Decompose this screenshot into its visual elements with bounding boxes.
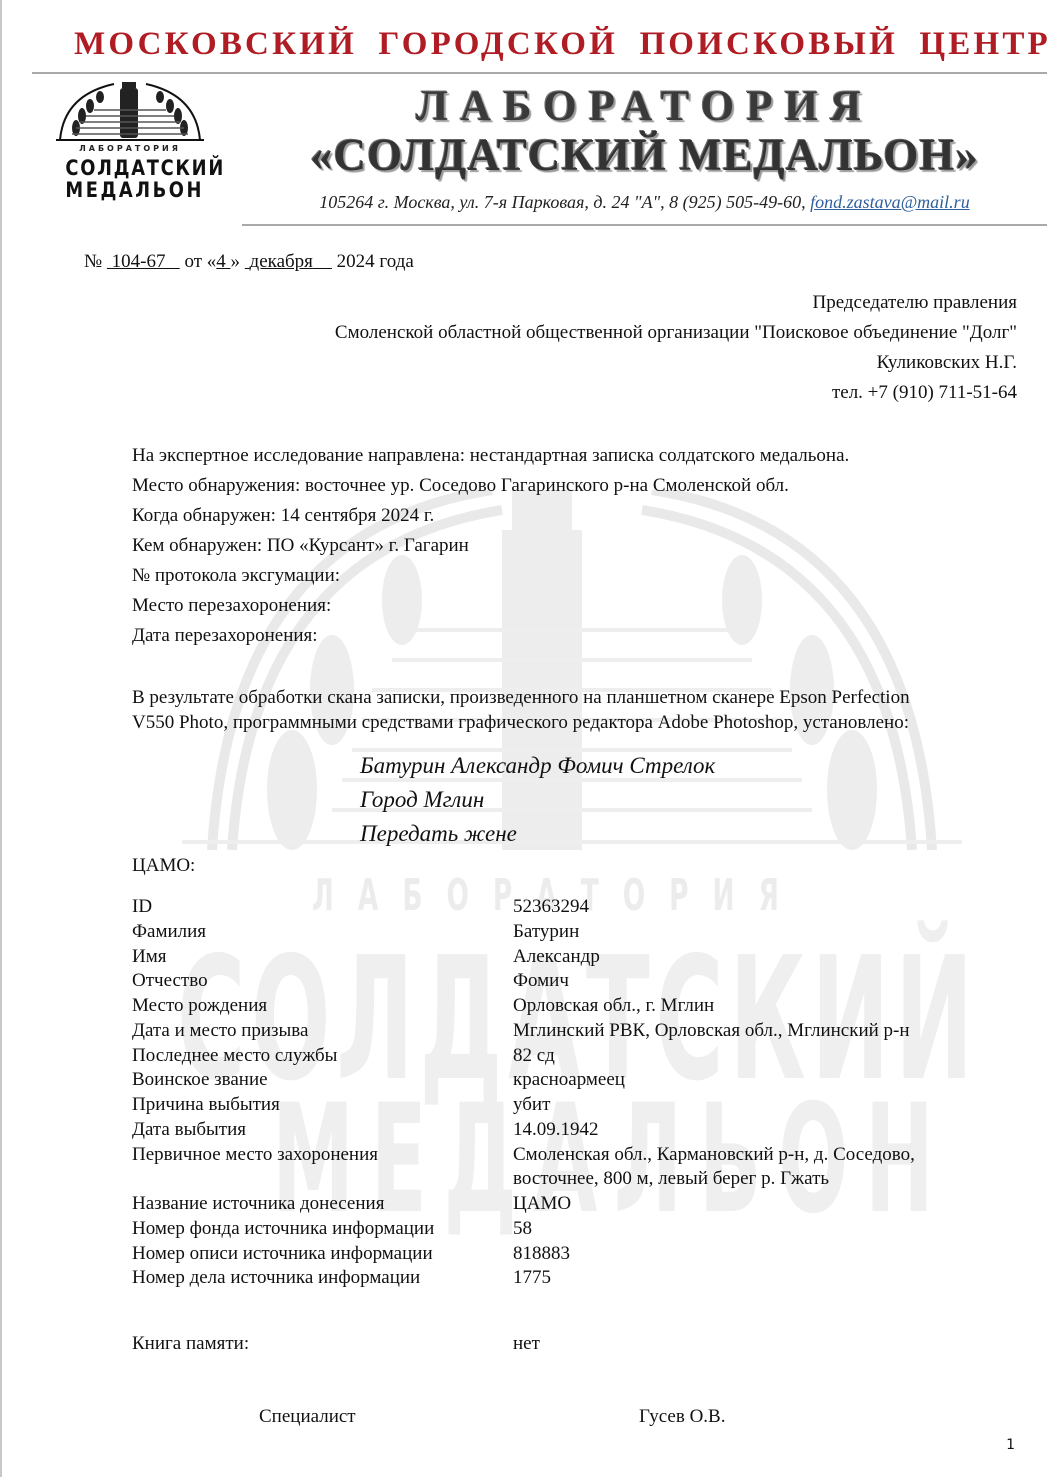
tsamo-value: Орловская обл., г. Мглин [513, 995, 714, 1017]
address-text: 105264 г. Москва, ул. 7-я Парковая, д. 2… [319, 192, 810, 212]
document-month: декабря [245, 251, 332, 272]
info-line: Когда обнаружен: 14 сентября 2024 г. [132, 505, 434, 527]
day-close: » [231, 251, 241, 272]
tsamo-label: Дата и место призыва [132, 1020, 308, 1042]
logo-caption-small: ЛАБОРАТОРИЯ [54, 144, 206, 153]
tsamo-value-continued: восточнее, 800 м, левый берег р. Гжать [513, 1168, 829, 1190]
tsamo-label: Фамилия [132, 921, 206, 943]
tsamo-label: Номер дела источника информации [132, 1267, 420, 1289]
tsamo-value: 58 [513, 1218, 532, 1240]
tsamo-value: 818883 [513, 1243, 570, 1265]
logo-caption-line2: МЕДАЛЬОН [65, 178, 194, 202]
tsamo-label: Место рождения [132, 995, 267, 1017]
number-prefix: № [84, 251, 102, 272]
document-number: 104-67 [107, 251, 180, 272]
tsamo-value: 52363294 [513, 896, 589, 918]
signature-role: Специалист [259, 1406, 356, 1428]
reference-line: № 104-67 от «4 » декабря 2024 года [84, 251, 414, 273]
recipient-organization: Смоленской областной общественной органи… [335, 322, 1017, 344]
tsamo-value: красноармеец [513, 1069, 625, 1091]
tsamo-value: Смоленская обл., Кармановский р-н, д. Со… [513, 1144, 915, 1166]
info-line: Кем обнаружен: ПО «Курсант» г. Гагарин [132, 535, 469, 557]
decoded-note-line: Батурин Александр Фомич Стрелок [360, 753, 715, 779]
document-day: 4 [216, 251, 230, 272]
tsamo-heading: ЦАМО: [132, 855, 195, 877]
result-line: V550 Photo, программными средствами граф… [132, 712, 909, 734]
recipient-name: Куликовских Н.Г. [877, 352, 1017, 374]
organization-title: МОСКОВСКИЙ ГОРОДСКОЙ ПОИСКОВЫЙ ЦЕНТР [74, 26, 1051, 63]
lab-name: «СОЛДАТСКИЙ МЕДАЛЬОН» [242, 129, 1047, 181]
tsamo-label: Название источника донесения [132, 1193, 384, 1215]
tsamo-label: Дата выбытия [132, 1119, 246, 1141]
tsamo-value: ЦАМО [513, 1193, 571, 1215]
tsamo-label: ID [132, 896, 152, 918]
info-line: Место перезахоронения: [132, 595, 331, 617]
tsamo-label: Номер фонда источника информации [132, 1218, 434, 1240]
decoded-note-line: Передать жене [360, 821, 517, 847]
header-divider-bottom [242, 224, 1047, 226]
logo-caption-line1: СОЛДАТСКИЙ [65, 156, 194, 180]
signature-name: Гусев О.В. [639, 1406, 725, 1428]
memory-book-label: Книга памяти: [132, 1333, 249, 1355]
from-label: от « [184, 251, 216, 272]
decoded-note-line: Город Мглин [360, 787, 484, 813]
tsamo-value: Фомич [513, 970, 569, 992]
tsamo-label: Последнее место службы [132, 1045, 337, 1067]
tsamo-value: убит [513, 1094, 550, 1116]
tsamo-label: Воинское звание [132, 1069, 268, 1091]
tsamo-label: Имя [132, 946, 166, 968]
page-number: 1 [1006, 1437, 1015, 1453]
header-divider-top [32, 72, 1047, 74]
tsamo-value: Мглинский РВК, Орловская обл., Мглинский… [513, 1020, 910, 1042]
email-link[interactable]: fond.zastava@mail.ru [810, 192, 970, 212]
tsamo-value: Александр [513, 946, 600, 968]
tsamo-value: 1775 [513, 1267, 551, 1289]
document-page: ЛАБОРАТОРИЯ СОЛДАТСКИЙ МЕДАЛЬОН МОСКОВСК… [0, 0, 1057, 1477]
info-line: Дата перезахоронения: [132, 625, 318, 647]
recipient-phone: тел. +7 (910) 711-51-64 [832, 382, 1017, 404]
tsamo-label: Первичное место захоронения [132, 1144, 378, 1166]
document-year: 2024 года [337, 251, 414, 272]
tsamo-value: 82 сд [513, 1045, 555, 1067]
result-line: В результате обработки скана записки, пр… [132, 687, 910, 709]
info-line: На экспертное исследование направлена: н… [132, 445, 849, 467]
lab-address: 105264 г. Москва, ул. 7-я Парковая, д. 2… [242, 192, 1047, 213]
recipient-title: Председателю правления [812, 292, 1017, 314]
memory-book-value: нет [513, 1333, 540, 1355]
tsamo-label: Номер описи источника информации [132, 1243, 433, 1265]
lab-title: ЛАБОРАТОРИЯ [242, 82, 1047, 131]
tsamo-value: Батурин [513, 921, 579, 943]
info-line: Место обнаружения: восточнее ур. Соседов… [132, 475, 789, 497]
tsamo-value: 14.09.1942 [513, 1119, 599, 1141]
info-line: № протокола эксгумации: [132, 565, 340, 587]
tsamo-label: Отчество [132, 970, 208, 992]
tsamo-label: Причина выбытия [132, 1094, 280, 1116]
